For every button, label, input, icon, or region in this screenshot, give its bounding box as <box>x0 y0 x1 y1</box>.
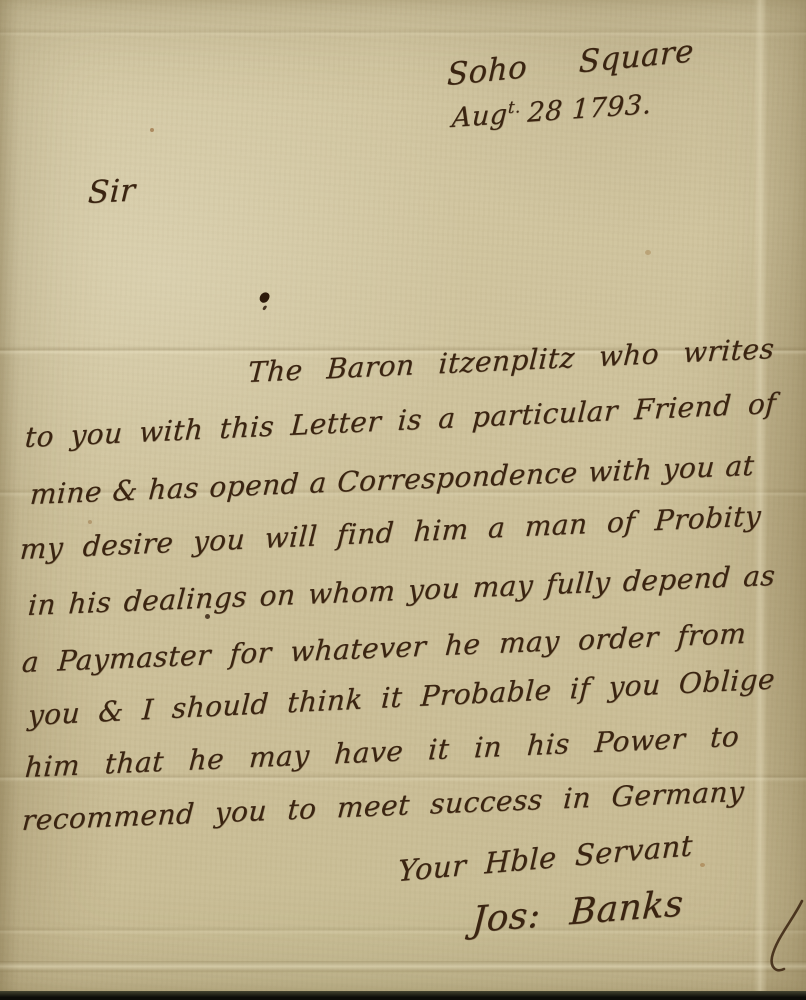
fold-crease-bottom <box>0 961 806 973</box>
date-month: Aug <box>451 99 508 134</box>
date-day-year: 28 1793. <box>527 89 653 129</box>
pen-flourish-mark <box>758 899 804 979</box>
paper-speck <box>150 128 154 132</box>
paper-speck <box>700 863 705 867</box>
letter-date: Augt.28 1793. <box>451 87 657 136</box>
ink-blot <box>258 291 271 305</box>
scanned-letter-photo: Soho Square Augt.28 1793. Sir The Baron … <box>0 0 806 1000</box>
body-line-8: him that he may have it in his Power to <box>24 719 740 785</box>
body-line-5: in his dealings on whom you may fully de… <box>27 558 777 623</box>
closing: Your Hble Servant <box>397 827 693 889</box>
letter-paper: Soho Square Augt.28 1793. Sir The Baron … <box>0 0 806 991</box>
letter-place: Soho Square <box>446 32 694 95</box>
body-line-1: The Baron itzenplitz who writes <box>247 331 776 390</box>
fold-crease-bottom-faint <box>0 926 806 935</box>
date-superscript: t. <box>507 96 521 117</box>
body-line-3: mine & has opend a Correspondence with y… <box>29 448 756 512</box>
paper-edge-shading-left <box>0 0 20 991</box>
salutation: Sir <box>87 171 136 212</box>
paper-edge-shading-right <box>754 0 806 991</box>
paper-speck <box>645 250 651 255</box>
body-line-2: to you with this Letter is a particular … <box>24 386 777 455</box>
body-line-9: recommend you to meet success in Germany <box>21 774 746 838</box>
body-line-4: my desire you will find him a man of Pro… <box>19 498 762 567</box>
scan-background-edge <box>0 991 806 1000</box>
signature: Jos: Banks <box>471 881 685 943</box>
paper-speck <box>88 520 92 524</box>
